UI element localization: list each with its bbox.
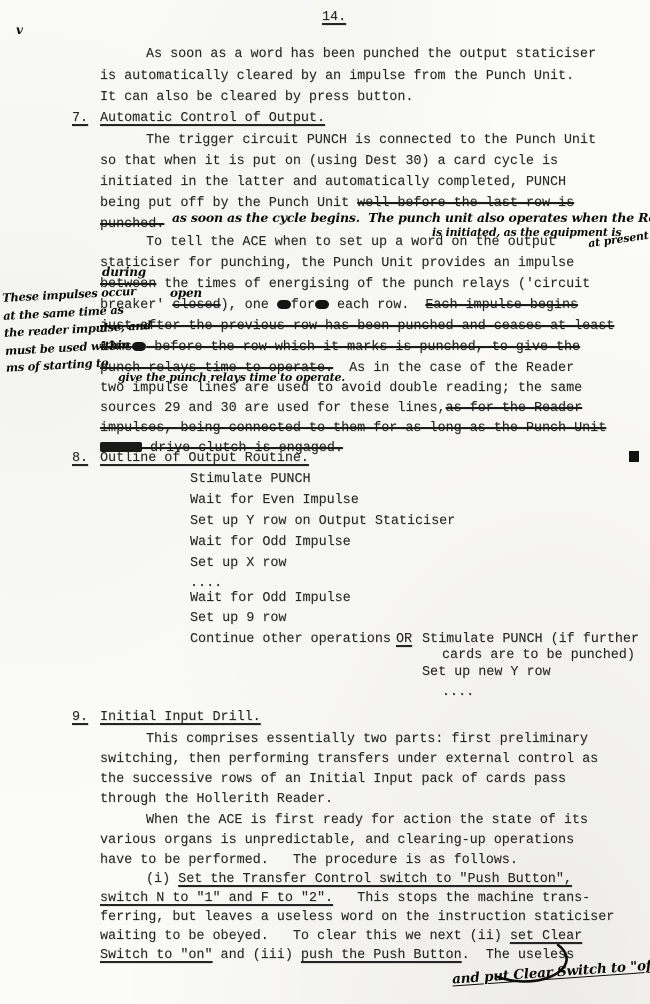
underlined-text: switch N to "1" and F to "2".	[100, 891, 333, 906]
body-text: (i)	[146, 872, 178, 887]
margin-annotation: These impulses occur at the same time as…	[2, 282, 154, 377]
body-line: This comprises essentially two parts: fi…	[146, 733, 588, 746]
routine-step: Continue other operations	[190, 633, 391, 646]
body-line: two impulse lines are used to avoid doub…	[100, 382, 582, 395]
handwritten-correction: as soon as the cycle begins. The punch u…	[172, 212, 650, 225]
body-line: breaker' closed), one for each row. Each…	[100, 299, 578, 312]
body-line: ferring, but leaves a useless word on th…	[100, 911, 614, 924]
section7-number: 7.	[72, 112, 88, 125]
body-line: being put off by the Punch Unit well bef…	[100, 197, 574, 210]
ink-square-mark	[629, 451, 639, 462]
routine-step: Set up 9 row	[190, 612, 286, 625]
body-text: for	[291, 298, 315, 313]
or-label: OR	[396, 633, 412, 646]
body-line: just after the previous row has been pun…	[100, 320, 614, 333]
ink-blob	[315, 300, 329, 309]
body-line: sources 29 and 30 are used for these lin…	[100, 402, 582, 415]
body-line: The trigger circuit PUNCH is connected t…	[146, 134, 596, 147]
body-line: 13ms before the row which it marks is pu…	[100, 341, 580, 354]
body-line: the successive rows of an Initial Input …	[100, 773, 566, 786]
scanned-document-page: 14. v As soon as a word has been punched…	[0, 0, 650, 1004]
intro-line: It can also be cleared by press button.	[100, 91, 413, 104]
routine-alt: cards are to be punched)	[442, 649, 635, 662]
body-line: (i) Set the Transfer Control switch to "…	[146, 873, 572, 886]
routine-alt: ....	[442, 686, 474, 699]
routine-step: Stimulate PUNCH	[190, 473, 311, 486]
body-line: initiated in the latter and automaticall…	[100, 176, 566, 189]
struck-text: as for the Reader	[446, 401, 583, 416]
body-text: ), one	[221, 298, 277, 313]
body-text: sources 29 and 30 are used for these lin…	[100, 401, 446, 416]
body-line: through the Hollerith Reader.	[100, 793, 333, 806]
routine-step: Wait for Odd Impulse	[190, 592, 351, 605]
body-text: This stops the machine trans-	[333, 891, 590, 906]
section8-number: 8.	[72, 452, 88, 465]
body-text: As in the case of the Reader	[333, 361, 574, 376]
struck-text: punched.	[100, 217, 164, 232]
body-line: To tell the ACE when to set up a word on…	[146, 236, 556, 249]
struck-text: impulses, being connected to them for as…	[100, 421, 606, 436]
body-line: switching, then performing transfers und…	[100, 753, 598, 766]
section9-title: Initial Input Drill.	[100, 711, 261, 724]
section9-number: 9.	[72, 711, 88, 724]
body-line: punched.	[100, 218, 164, 231]
section8-title: Outline of Output Routine.	[100, 452, 309, 465]
intro-line: is automatically cleared by an impulse f…	[100, 70, 574, 83]
ink-blob	[277, 300, 291, 309]
underlined-text: push the Push Button	[301, 948, 462, 963]
underlined-text: set Clear	[510, 929, 582, 944]
struck-text: before the row which it marks is punched…	[146, 340, 580, 355]
routine-alt: Stimulate PUNCH (if further	[422, 633, 639, 646]
underlined-text: Switch to "on"	[100, 948, 213, 963]
section7-title: Automatic Control of Output.	[100, 112, 325, 125]
intro-line: As soon as a word has been punched the o…	[146, 48, 596, 61]
body-line: impulses, being connected to them for as…	[100, 422, 606, 435]
page-number: 14.	[322, 11, 346, 24]
struck-text: closed	[172, 298, 220, 313]
body-line: waiting to be obeyed. To clear this we n…	[100, 930, 582, 943]
body-line: various organs is unpredictable, and cle…	[100, 834, 574, 847]
body-line: have to be performed. The procedure is a…	[100, 854, 518, 867]
routine-step: Set up X row	[190, 557, 286, 570]
struck-text: well before the last row is	[357, 196, 574, 211]
routine-step: Wait for Even Impulse	[190, 494, 359, 507]
struck-text: just after the previous row has been pun…	[100, 319, 614, 334]
routine-step: Wait for Odd Impulse	[190, 536, 351, 549]
routine-alt: Set up new Y row	[422, 666, 551, 679]
body-line: staticiser for punching, the Punch Unit …	[100, 257, 574, 270]
body-line: so that when it is put on (using Dest 30…	[100, 155, 558, 168]
body-line: When the ACE is first ready for action t…	[146, 814, 588, 827]
underlined-text: Set the Transfer Control switch to "Push…	[178, 872, 572, 887]
body-text: the times of energising of the punch rel…	[156, 277, 590, 292]
body-line: switch N to "1" and F to "2". This stops…	[100, 892, 590, 905]
body-text: and (iii)	[213, 948, 301, 963]
routine-step: Set up Y row on Output Staticiser	[190, 515, 455, 528]
body-text: each row.	[329, 298, 425, 313]
body-text: waiting to be obeyed. To clear this we n…	[100, 929, 510, 944]
body-text: being put off by the Punch Unit	[100, 196, 357, 211]
margin-check-mark: v	[16, 24, 23, 36]
struck-text: Each impulse begins	[425, 298, 578, 313]
routine-step: ....	[190, 577, 222, 590]
